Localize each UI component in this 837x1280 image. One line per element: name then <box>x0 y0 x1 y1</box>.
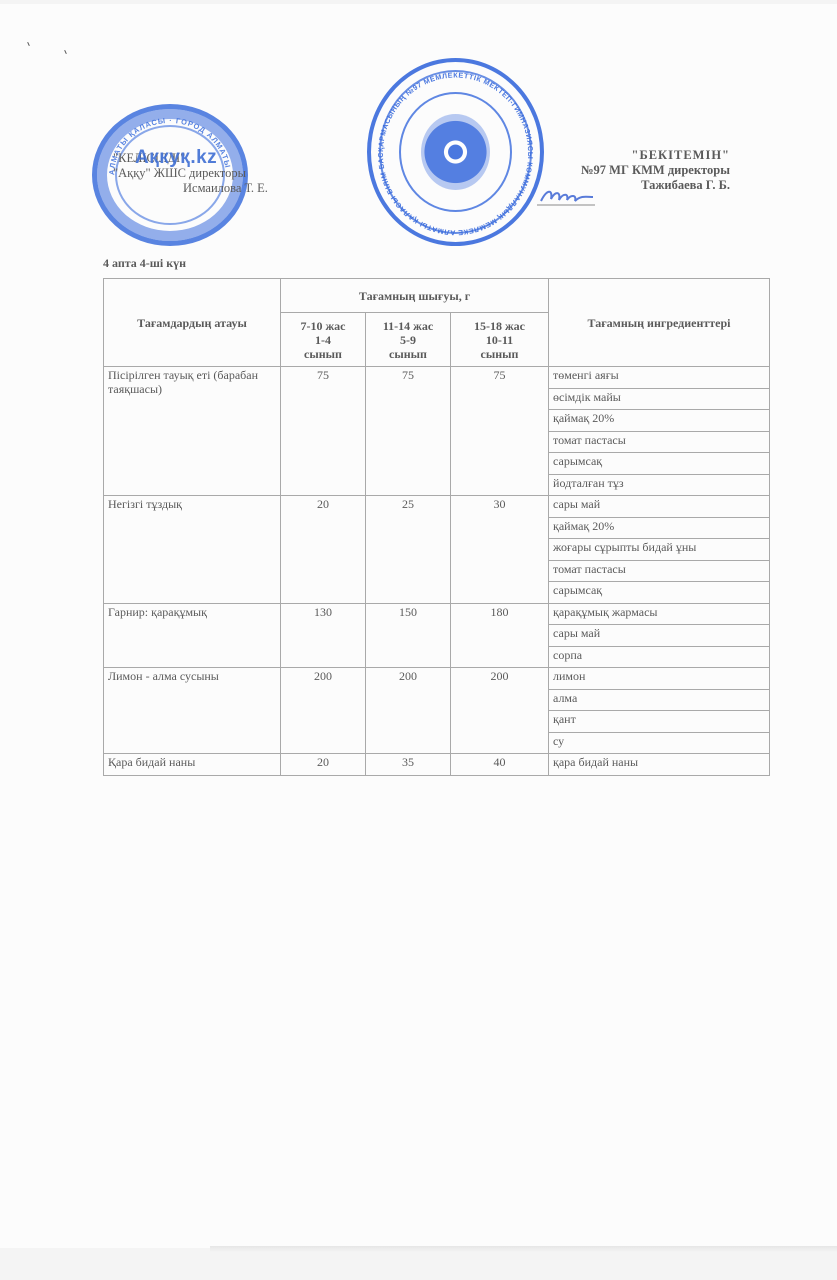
yield-cell: 75 <box>366 367 451 496</box>
day-title: 4 апта 4-ші күн <box>103 256 186 271</box>
table-row: Гарнир: қарақұмық130150180қарақұмық жарм… <box>104 603 770 625</box>
ingredient-cell: томат пастасы <box>549 560 770 582</box>
dish-name-cell: Гарнир: қарақұмық <box>104 603 281 668</box>
ingredient-cell: қаймақ 20% <box>549 517 770 539</box>
yield-cell: 40 <box>451 754 549 776</box>
approval-right-heading: "БЕКІТЕМІН" <box>540 148 730 163</box>
scan-specks <box>28 42 78 62</box>
approval-left-signatory: Исмаилова Т. Е. <box>113 181 333 196</box>
header-age-group: 7-10 жас1-4сынып <box>281 313 366 367</box>
page-edge-shadow <box>210 1246 837 1252</box>
right-stamp-text-ring: АЛМАТЫ ҚАЛАСЫ БІЛІМ БАСҚАРМАСЫНЫҢ №97 МЕ… <box>371 62 540 242</box>
dish-name-cell: Негізгі тұздық <box>104 496 281 604</box>
ingredient-cell: төменгі аяғы <box>549 367 770 389</box>
yield-cell: 200 <box>366 668 451 754</box>
ingredient-cell: сарымсақ <box>549 453 770 475</box>
table-row: Қара бидай наны203540қара бидай наны <box>104 754 770 776</box>
yield-cell: 35 <box>366 754 451 776</box>
yield-cell: 150 <box>366 603 451 668</box>
yield-cell: 30 <box>451 496 549 604</box>
approval-right-position: №97 МГ КММ директоры <box>540 163 730 178</box>
ingredient-cell: сарымсақ <box>549 582 770 604</box>
ingredient-cell: қарақұмық жармасы <box>549 603 770 625</box>
table-row: Пісірілген тауық еті (барабан таяқшасы)7… <box>104 367 770 389</box>
table-header-row: Тағамдардың атауы Тағамның шығуы, г Таға… <box>104 279 770 313</box>
menu-table: Тағамдардың атауы Тағамның шығуы, г Таға… <box>103 278 770 776</box>
header-age-group: 15-18 жас10-11сынып <box>451 313 549 367</box>
header-yield: Тағамның шығуы, г <box>281 279 549 313</box>
table-row: Негізгі тұздық202530сары май <box>104 496 770 518</box>
yield-cell: 130 <box>281 603 366 668</box>
ingredient-cell: қаймақ 20% <box>549 410 770 432</box>
ingredient-cell: қант <box>549 711 770 733</box>
dish-name-cell: Пісірілген тауық еті (барабан таяқшасы) <box>104 367 281 496</box>
dish-name-cell: Лимон - алма сусыны <box>104 668 281 754</box>
right-stamp: АЛМАТЫ ҚАЛАСЫ БІЛІМ БАСҚАРМАСЫНЫҢ №97 МЕ… <box>367 58 544 246</box>
yield-cell: 25 <box>366 496 451 604</box>
yield-cell: 20 <box>281 496 366 604</box>
ingredient-cell: өсімдік майы <box>549 388 770 410</box>
svg-text:АЛМАТЫ ҚАЛАСЫ БІЛІМ БАСҚАРМАСЫ: АЛМАТЫ ҚАЛАСЫ БІЛІМ БАСҚАРМАСЫНЫҢ №97 МЕ… <box>371 62 534 236</box>
table-row: Лимон - алма сусыны200200200лимон <box>104 668 770 690</box>
ingredient-cell: йодталған тұз <box>549 474 770 496</box>
ingredient-cell: лимон <box>549 668 770 690</box>
signature-icon <box>535 185 605 209</box>
header-dish-name: Тағамдардың атауы <box>104 279 281 367</box>
ingredient-cell: томат пастасы <box>549 431 770 453</box>
header-ingredients: Тағамның ингредиенттері <box>549 279 770 367</box>
table-body: Пісірілген тауық еті (барабан таяқшасы)7… <box>104 367 770 776</box>
ingredient-cell: су <box>549 732 770 754</box>
header-age-group: 11-14 жас5-9сынып <box>366 313 451 367</box>
ingredient-cell: сары май <box>549 496 770 518</box>
yield-cell: 20 <box>281 754 366 776</box>
ingredient-cell: жоғары сұрыпты бидай ұны <box>549 539 770 561</box>
yield-cell: 75 <box>451 367 549 496</box>
company-logo: Ақкуқ.kz <box>135 147 217 169</box>
ingredient-cell: сорпа <box>549 646 770 668</box>
dish-name-cell: Қара бидай наны <box>104 754 281 776</box>
ingredient-cell: сары май <box>549 625 770 647</box>
yield-cell: 180 <box>451 603 549 668</box>
yield-cell: 200 <box>451 668 549 754</box>
ingredient-cell: қара бидай наны <box>549 754 770 776</box>
ingredient-cell: алма <box>549 689 770 711</box>
yield-cell: 75 <box>281 367 366 496</box>
yield-cell: 200 <box>281 668 366 754</box>
